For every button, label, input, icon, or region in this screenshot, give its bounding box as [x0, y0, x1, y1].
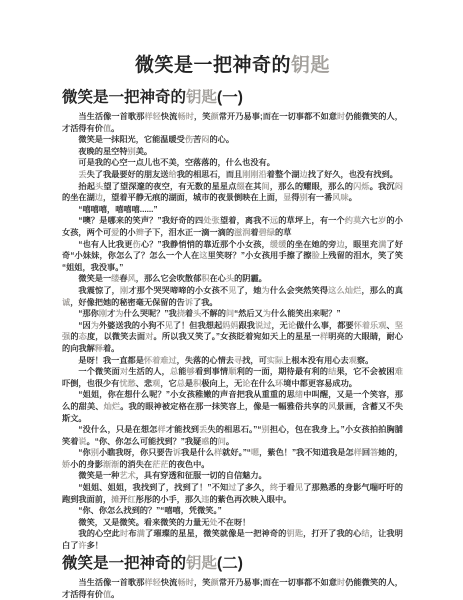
muted-characters: 间: [262, 182, 270, 191]
paragraph: “噢？是哪来的笑声？”我好奇的四处张望着，离我不远的草坪上，有一个约莫六七岁的小…: [62, 215, 403, 238]
muted-characters: 环: [275, 379, 283, 388]
document-page: 微笑是一把神奇的钥匙 微笑是一把神奇的钥匙(一)当生活像一首歌那样轻快流畅时，笑…: [0, 0, 463, 600]
paragraph: 微笑，又是微笑。看来微笑的力量无处不在呀！: [62, 517, 403, 529]
paragraph: 可是我的心空一点儿也不美，空落落的，什么也没有。: [62, 157, 403, 169]
muted-characters: 总: [177, 379, 185, 388]
muted-characters: 惑: [201, 437, 209, 446]
muted-characters: 丢: [78, 170, 86, 179]
muted-characters: 伤: [185, 135, 193, 144]
muted-characters: 畅时: [177, 578, 194, 587]
paragraph: “嘻嘻嘻，嘻嘻嘻......”: [62, 204, 403, 216]
paragraph: 微笑是一缕春风，那么它会吹散郁积在心头的阴霾。: [62, 273, 403, 285]
muted-characters: 滋润: [234, 228, 250, 237]
muted-characters: 爱: [111, 228, 119, 237]
muted-characters: 顺: [228, 367, 236, 376]
muted-characters: 忧愁: [119, 379, 135, 388]
muted-characters: 为: [91, 321, 99, 330]
muted-characters: 钥匙: [186, 89, 217, 106]
muted-characters: 钥匙: [186, 555, 217, 572]
muted-characters: 边: [95, 193, 103, 202]
muted-characters: 许: [78, 541, 86, 550]
muted-characters: 诚: [62, 298, 70, 307]
paragraph: “也有人比我更伤心？”我静悄悄的靠近那个小女孩，缓缓的坐在她的旁边，眼里充满了好…: [62, 239, 403, 274]
paragraph: 抬起头望了望深邃的夜空，有无数的星星点缀在其间，那么的耀眼，那么的闪烁。我沉闷的…: [62, 181, 403, 204]
muted-characters: 见: [295, 483, 303, 492]
muted-characters: 够: [187, 367, 195, 376]
muted-characters: 积: [201, 274, 209, 283]
muted-characters: 怀着难过: [144, 356, 177, 365]
muted-characters: 渐渐: [103, 460, 119, 469]
paragraph: 丢失了我最要好的朋友送给我的相思石，而且刚刚沿着整个湖边找了好久，也没有找到。: [62, 169, 403, 181]
muted-characters: 别: [128, 147, 136, 156]
muted-characters: 闪烁: [353, 182, 370, 191]
muted-characters: 这: [199, 251, 207, 260]
muted-characters: 绪: [295, 390, 303, 399]
paragraph: “你、你怎么找到的？”“嘻嘻，凭微笑。”: [62, 505, 403, 517]
paragraph: “姐姐，你在想什么呢？”小女孩稚嫩的声音把我从重重的思绪中叫醒，又是一个笑容，那…: [62, 389, 403, 424]
muted-characters: 难: [395, 367, 403, 376]
section-heading: 微笑是一把神奇的钥匙(二): [62, 554, 403, 573]
muted-characters: 对: [120, 367, 128, 376]
muted-characters: 结: [361, 529, 369, 538]
muted-characters: 灿烂: [104, 402, 121, 411]
essay-section-1: 微笑是一把神奇的钥匙(一)当生活像一首歌那样轻快流畅时，笑颜常开乃易事;而在一切…: [62, 88, 403, 552]
muted-characters: 处: [209, 518, 217, 527]
muted-characters: 刚: [120, 286, 128, 295]
muted-characters: 满: [137, 529, 145, 538]
muted-characters: 娇: [62, 460, 70, 469]
muted-characters: 别: [261, 425, 269, 434]
paragraph: 微笑是一抹阳光，它能温暖受伤苦闷的心。: [62, 134, 403, 146]
page-title: 微笑是一把神奇的钥匙: [62, 54, 403, 79]
essay-section-2: 微笑是一把神奇的钥匙(二)当生活像一首歌那样轻快流畅时，笑颜常开乃易事;而在一切…: [62, 554, 403, 600]
muted-characters: 时: [337, 578, 345, 587]
muted-characters: 风: [128, 274, 136, 283]
paragraph: “那你刚才为什么哭呢？”我挠着头不解的问“然后又为什么能笑出来呢？”: [62, 308, 403, 320]
paragraph: 夜晚的星空特别美。: [62, 146, 403, 158]
paragraph: 当生活像一首歌那样轻快流畅时，笑颜常开乃易事;而在一切事都不如意时仍能微笑的人，…: [62, 111, 403, 134]
muted-characters: 样轻: [144, 112, 161, 121]
muted-characters: 边: [300, 170, 308, 179]
muted-characters: 岁: [378, 216, 386, 225]
muted-characters: 值: [103, 124, 111, 133]
paragraph: “姐姐、姐姐，我找到了，找到了！”不知过了多久，终于看见了那熟悉的身影气喘吁吁的…: [62, 482, 403, 505]
muted-characters: 为: [263, 309, 271, 318]
muted-characters: 颜: [210, 112, 218, 121]
muted-characters: 颜: [210, 578, 218, 587]
muted-characters: 伤: [133, 240, 141, 249]
muted-characters: 挠: [177, 309, 185, 318]
muted-characters: 风: [328, 402, 336, 411]
muted-characters: 答: [370, 448, 378, 457]
muted-characters: 诉: [173, 448, 181, 457]
muted-characters: 见: [165, 321, 173, 330]
muted-characters: 诉: [185, 298, 193, 307]
muted-characters: 脸: [312, 251, 320, 260]
muted-characters: 边: [336, 240, 344, 249]
muted-characters: 积: [193, 379, 201, 388]
muted-characters: 过: [228, 483, 236, 492]
muted-characters: 这么灿烂: [328, 286, 361, 295]
muted-characters: 问: [218, 437, 226, 446]
muted-characters: 样: [320, 332, 328, 341]
muted-characters: 违: [201, 495, 209, 504]
muted-characters: 总: [170, 367, 178, 376]
muted-characters: 样: [354, 448, 362, 457]
muted-characters: 头: [226, 274, 234, 283]
muted-characters: 闷: [395, 182, 403, 191]
muted-characters: 风味: [332, 193, 348, 202]
muted-characters: 结: [328, 367, 336, 376]
muted-characters: 处张: [203, 216, 220, 225]
muted-characters: 别: [300, 193, 308, 202]
muted-characters: 样轻: [144, 578, 161, 587]
muted-characters: 刚: [99, 309, 107, 318]
muted-characters: 约莫: [345, 216, 362, 225]
muted-characters: 时: [337, 112, 345, 121]
muted-characters: 头: [95, 182, 103, 191]
muted-characters: 满: [378, 240, 386, 249]
paragraph: 我震惊了，刚才那个哭哭啼啼的小女孩不见了，她为什么会突然笑得这么灿烂，那么的真诚…: [62, 285, 403, 308]
muted-characters: 钥匙: [291, 55, 330, 76]
muted-characters: 畅时: [177, 112, 194, 121]
muted-characters: 样: [157, 425, 165, 434]
muted-characters: 对: [145, 332, 153, 341]
muted-characters: 论: [288, 321, 296, 330]
paragraph: “你别小瞧我呀，你只要告诉我是什么样就好。”“嗯，紫色！”我不知道我是怎样回答她…: [62, 447, 403, 470]
muted-characters: 刚刚沿: [242, 170, 267, 179]
muted-characters: 缓缓: [270, 240, 287, 249]
muted-characters: 茫茫: [152, 460, 168, 469]
muted-characters: 给: [168, 170, 176, 179]
section-heading: 微笑是一把神奇的钥匙(一): [62, 88, 403, 107]
muted-characters: 钥匙: [287, 529, 304, 538]
muted-characters: 红: [128, 495, 136, 504]
muted-characters: 时: [120, 529, 128, 538]
paragraph: 是呀！我一直都是怀着难过，失落的心情去寻找，可实际上根本没有用心去观察。: [62, 355, 403, 367]
document-body: 微笑是一把神奇的钥匙(一)当生活像一首歌那样轻快流畅时，笑颜常开乃易事;而在一切…: [62, 88, 403, 600]
muted-characters: 问: [226, 309, 234, 318]
muted-characters: 怀着乐观: [354, 321, 387, 330]
paragraph: 我的心空此时布满了璀璨的星星，微笑就像是一把神奇的钥匙，打开了我的心结，让我明白…: [62, 528, 403, 551]
muted-characters: 寻: [234, 356, 242, 365]
muted-characters: 值: [103, 590, 111, 599]
muted-characters: 显: [283, 193, 291, 202]
muted-characters: 论: [242, 379, 250, 388]
paragraph: “因为外婆送我的小狗不见了！但我想起妈妈跟我说过，无论做什么事，都要怀着乐观、坚…: [62, 320, 403, 355]
muted-characters: 实际: [267, 356, 283, 365]
muted-characters: 态: [79, 332, 87, 341]
muted-characters: 观: [152, 379, 160, 388]
muted-characters: 说过: [255, 321, 271, 330]
paragraph: “没什么，只是在想怎样才能找到丢失的相思石。”“别担心，包在我身上。”小女孩拍拍…: [62, 424, 403, 447]
muted-characters: 为: [115, 309, 123, 318]
muted-characters: 嗯: [251, 448, 259, 457]
muted-characters: 远: [270, 216, 278, 225]
muted-characters: 摊: [111, 495, 119, 504]
muted-characters: 样: [214, 448, 222, 457]
muted-characters: 别: [91, 448, 99, 457]
muted-characters: 闷: [201, 135, 209, 144]
muted-characters: 艺术: [119, 471, 135, 480]
muted-characters: 缀: [237, 182, 245, 191]
muted-characters: 为: [262, 286, 270, 295]
muted-characters: 释: [95, 344, 103, 353]
muted-characters: 辫: [136, 228, 144, 237]
paragraph: 当生活像一首歌那样轻快流畅时，笑颜常开乃易事;而在一切事都不如意时仍能微笑的人，…: [62, 577, 403, 600]
muted-characters: 说: [78, 437, 86, 446]
muted-characters: 缕: [111, 274, 119, 283]
muted-characters: 头: [193, 309, 201, 318]
paragraph: 微笑是一种艺术，具有穿透和征服一切的自信魅力。: [62, 470, 403, 482]
muted-characters: 妈妈: [222, 321, 238, 330]
muted-characters: 观: [349, 356, 357, 365]
muted-characters: 碧绿: [259, 228, 275, 237]
muted-characters: 丢: [199, 425, 207, 434]
muted-characters: 终: [270, 483, 278, 492]
muted-characters: 见: [228, 286, 236, 295]
paragraph: 一个微笑面对生活的人，总能够看到事情顺利的一面，期待最有利的结果，它不会被困难吓…: [62, 366, 403, 389]
